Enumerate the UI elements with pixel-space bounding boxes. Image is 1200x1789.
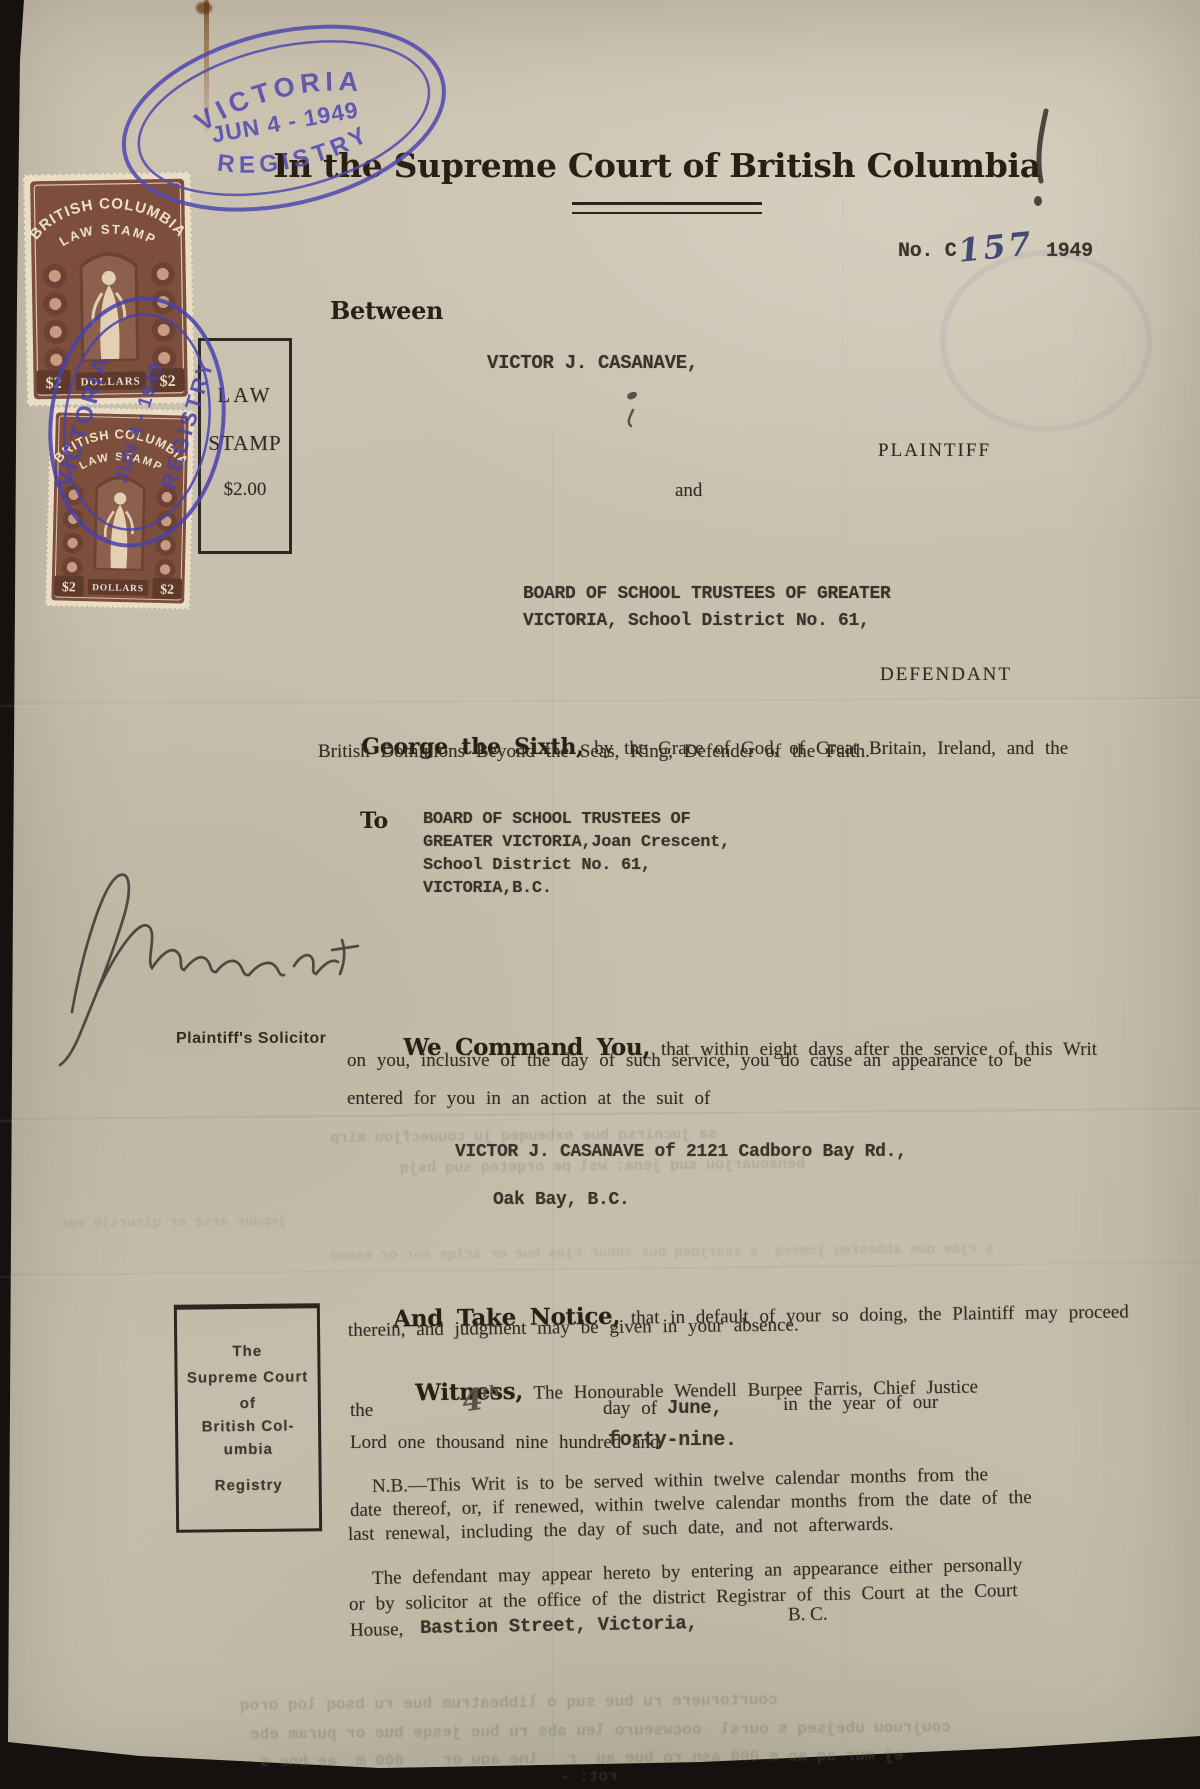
registry-box-line: Supreme Court [177, 1368, 317, 1386]
ink-stroke [1022, 105, 1068, 220]
to-address-line1: BOARD OF SCHOOL TRUSTEES OF [423, 810, 690, 829]
witness-day-of: day of [603, 1398, 657, 1420]
witness-the: the [350, 1400, 373, 1422]
plaintiff-label: PLAINTIFF [878, 440, 991, 462]
title-double-rule [572, 202, 762, 214]
stamp-denom-left: $2 [62, 579, 76, 594]
command-line2: on you, inclusive of the day of such ser… [347, 1050, 1032, 1072]
to-address-line4: VICTORIA,B.C. [423, 879, 552, 898]
command-line3: entered for you in an action at the suit… [347, 1088, 710, 1110]
case-number-prefix: No. C [898, 240, 957, 263]
witness-year-typed: forty-nine. [608, 1429, 737, 1452]
solicitor-label: Plaintiff's Solicitor [176, 1030, 326, 1048]
scanned-writ-photo: sa jucnirsq bue oxbeuqeq ju couuecfjou m… [0, 0, 1200, 1789]
suit-line1: VICTOR J. CASANAVE of 2121 Cadboro Bay R… [455, 1142, 907, 1162]
appearance-bc: B. C. [788, 1604, 828, 1627]
defendant-name-line1: BOARD OF SCHOOL TRUSTEES OF GREATER [523, 584, 891, 604]
royal-style-line2: British Dominions Beyond the Seas, King,… [318, 741, 870, 763]
registry-box-line: British Col- [178, 1417, 318, 1435]
witness-year-intro: in the year of our [783, 1392, 938, 1416]
between-label: Between [330, 296, 443, 325]
registry-box-line: Registry [179, 1476, 319, 1494]
stamp-denom-center: DOLLARS [92, 583, 144, 594]
and-label: and [675, 480, 702, 502]
stain-spot [196, 2, 212, 14]
to-label: To [360, 808, 388, 834]
cancellation-stamp: VICTORIA JUN 4 - 1949 REGISTRY [27, 281, 247, 562]
registry-box-line: of [178, 1394, 318, 1412]
defendant-label: DEFENDANT [880, 664, 1012, 686]
plaintiff-name: VICTOR J. CASANAVE, [487, 352, 698, 374]
witness-month: June, [667, 1397, 723, 1419]
bleedthrough-text: jepuur arse or qirursje eur [60, 1214, 287, 1232]
appearance-line3: House, [350, 1619, 404, 1642]
stamp-denom-right: $2 [160, 581, 174, 596]
registry-box-line: umbia [178, 1440, 318, 1458]
bleedthrough-text: rot: - [560, 1768, 618, 1787]
command-line1: We Command You, that within eight days a… [360, 1012, 1097, 1083]
suit-line2: Oak Bay, B.C. [493, 1190, 630, 1210]
ink-mark [618, 388, 646, 430]
to-address-line2: GREATER VICTORIA,Joan Crescent, [423, 833, 730, 852]
to-address-line3: School District No. 61, [423, 856, 651, 875]
registry-box: The Supreme Court of British Col- umbia … [174, 1303, 322, 1533]
defendant-name-line2: VICTORIA, School District No. 61, [523, 611, 870, 631]
witness-day-handwritten: 4th [460, 1379, 503, 1419]
day-suffix: th [481, 1381, 501, 1401]
ghost-showthrough [940, 250, 1152, 432]
cancel-line2: JUN 4 - 1949 [111, 360, 168, 486]
registry-box-line: The [177, 1342, 317, 1360]
